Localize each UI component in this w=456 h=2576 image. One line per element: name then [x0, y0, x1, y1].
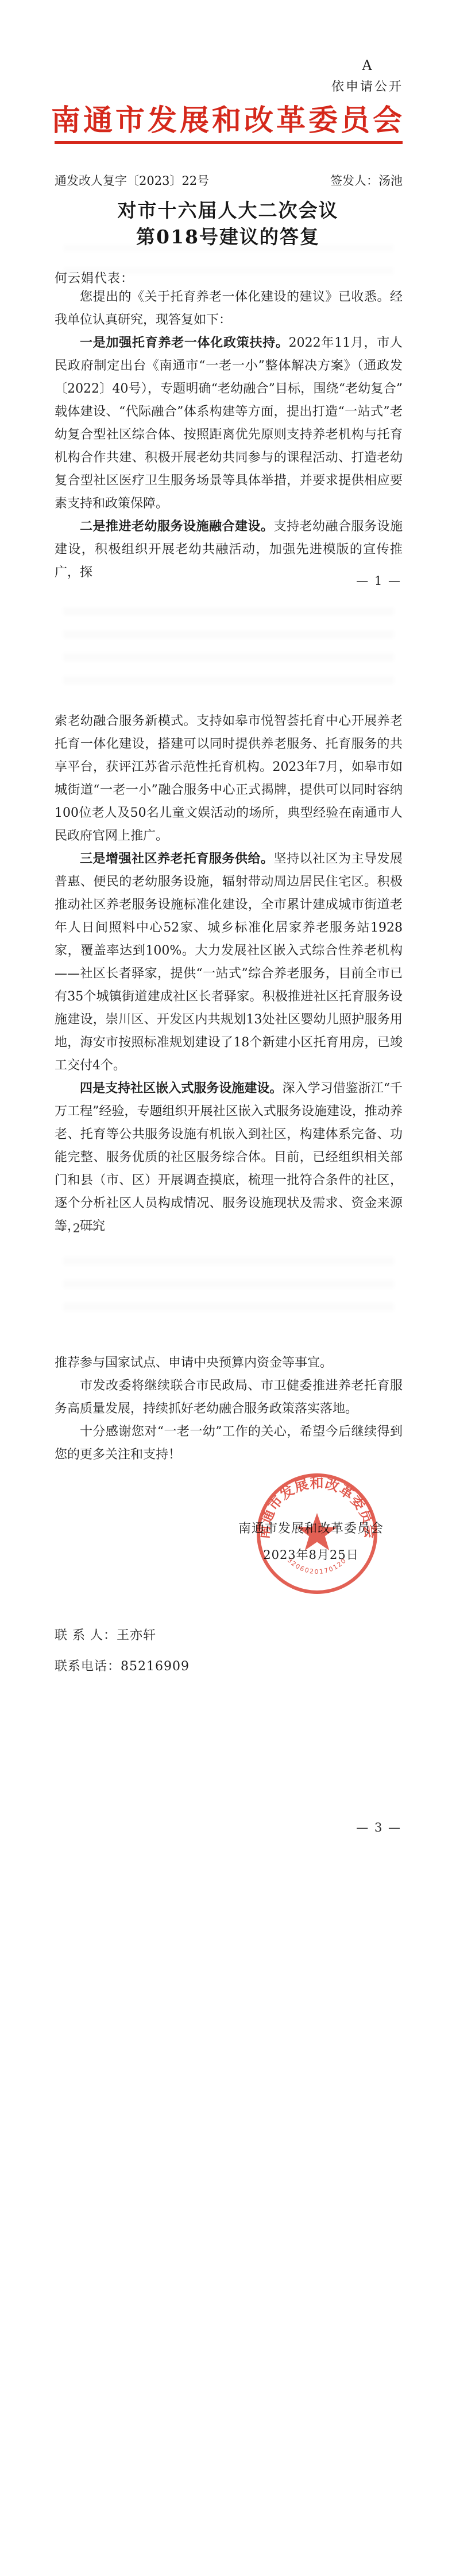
paragraph: 索老幼融合服务新模式。支持如皋市悦智荟托育中心开展养老托育一体化建设，搭建可以同…	[55, 710, 403, 848]
paragraph-lead: 四是支持社区嵌入式服务设施建设。	[80, 1081, 282, 1096]
page-1-body: 您提出的《关于托育养老一体化建设的建议》已收悉。经我单位认真研究，现答复如下：一…	[55, 286, 403, 584]
scanned-document: A 依申请公开 南通市发展和改革委员会 通发改人复字〔2023〕22号 签发人：…	[0, 0, 456, 2576]
paragraph-lead: 三是增强社区养老托育服务供给。	[80, 852, 273, 866]
page-number-3: — 3 —	[356, 1821, 401, 1834]
document-title: 对市十六届人大二次会议 第018号建议的答复	[0, 197, 456, 250]
paragraph-lead: 二是推进老幼服务设施融合建设。	[80, 519, 273, 534]
signature-date: 2023年8月25日	[238, 1546, 384, 1563]
salutation: 何云娟代表：	[55, 269, 134, 286]
document-number: 通发改人复字〔2023〕22号	[55, 172, 209, 189]
answer-grade-label: A	[331, 57, 403, 73]
paragraph: 四是支持社区嵌入式服务设施建设。深入学习借鉴浙江“千万工程”经验，专题组织开展社…	[55, 1077, 403, 1238]
document-title-line1: 对市十六届人大二次会议	[0, 197, 456, 224]
letterhead-org-title: 南通市发展和改革委员会	[0, 96, 456, 139]
contact-person: 联 系 人：王亦轩	[55, 1625, 156, 1643]
paragraph: 推荐参与国家试点、申请中央预算内资金等事宜。	[55, 1352, 403, 1375]
paragraph: 一是加强托育养老一体化政策扶持。2022年11月，市人民政府制定出台《南通市“一…	[55, 332, 403, 515]
bleed-through-ghosting	[63, 1257, 394, 1326]
disclosure-label: 依申请公开	[331, 77, 403, 95]
paragraph: 您提出的《关于托育养老一体化建设的建议》已收悉。经我单位认真研究，现答复如下：	[55, 286, 403, 332]
page-3-body: 推荐参与国家试点、申请中央预算内资金等事宜。市发改委将继续联合市民政局、市卫健委…	[55, 1352, 403, 1467]
page-number-2: — 2 —	[55, 1221, 100, 1235]
paragraph-lead: 一是加强托育养老一体化政策扶持。	[80, 336, 289, 350]
paragraph: 二是推进老幼服务设施融合建设。支持老幼融合服务设施建设，积极组织开展老幼共融活动…	[55, 515, 403, 584]
issuer-name: 签发人：汤池	[330, 172, 403, 189]
paragraph: 市发改委将继续联合市民政局、市卫健委推进养老托育服务高质量发展，持续抓好老幼融合…	[55, 1375, 403, 1421]
access-marks: A 依申请公开	[331, 57, 403, 95]
signature-org: 南通市发展和改革委员会	[238, 1519, 384, 1537]
contact-phone: 联系电话：85216909	[55, 1656, 190, 1674]
document-title-line2: 第018号建议的答复	[0, 224, 456, 250]
bleed-through-ghosting	[63, 607, 394, 693]
page-number-1: — 1 —	[356, 574, 401, 588]
signature-block: 南通市发展和改革委员会 2023年8月25日	[238, 1519, 384, 1563]
paragraph: 十分感谢您对“一老一幼”工作的关心，希望今后继续得到您的更多关注和支持！	[55, 1421, 403, 1467]
page-2-body: 索老幼融合服务新模式。支持如皋市悦智荟托育中心开展养老托育一体化建设，搭建可以同…	[55, 710, 403, 1238]
letterhead-red-rule	[55, 141, 403, 144]
paragraph: 三是增强社区养老托育服务供给。坚持以社区为主导发展普惠、便民的老幼服务设施，辐射…	[55, 848, 403, 1077]
document-number-row: 通发改人复字〔2023〕22号 签发人：汤池	[55, 172, 403, 189]
